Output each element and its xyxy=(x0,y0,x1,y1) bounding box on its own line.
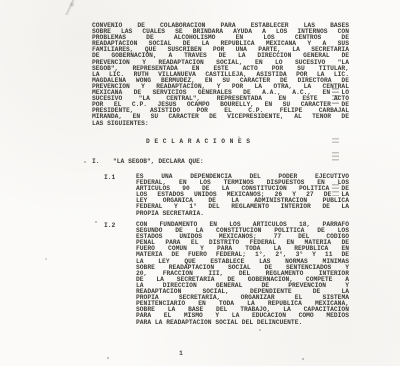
scan-edge-artifact xyxy=(332,152,339,163)
scan-smudge-mark xyxy=(60,0,80,15)
section-1-numeral: I. xyxy=(92,158,100,165)
opening-paragraph: CONVENIO DE COLABORACION PARA ESTABLECER… xyxy=(92,23,349,127)
page-number: 1 xyxy=(179,350,183,357)
declarations-heading: D E C L A R A C I O N E S xyxy=(146,138,250,145)
scan-speck xyxy=(259,329,261,331)
text-line: PROPIA SECRETARIA. xyxy=(136,211,349,217)
section-1-title: "LA SEGOB", DECLARA QUE: xyxy=(113,158,204,165)
text-line: LAS SIGUIENTES: xyxy=(92,121,349,127)
scan-speck xyxy=(45,258,47,260)
clause-i1-number: I.1 xyxy=(104,174,115,181)
clause-i2-number: I.2 xyxy=(104,222,115,229)
scan-edge-artifact xyxy=(332,138,339,143)
clause-i2-body: CON FUNDAMENTO EN LOS ARTICULOS 18, PARR… xyxy=(136,222,349,326)
text-line: PARA LA READAPTACION SOCIAL DEL DELINCUE… xyxy=(136,320,349,326)
scan-speck xyxy=(84,161,86,163)
scan-speck xyxy=(302,358,304,360)
clause-i1-body: ES UNA DEPENDENCIA DEL PODER EJECUTIVOFE… xyxy=(136,174,349,217)
scanned-document-page: CONVENIO DE COLABORACION PARA ESTABLECER… xyxy=(0,0,400,366)
scan-speck xyxy=(107,357,109,359)
scan-speck xyxy=(95,221,97,223)
